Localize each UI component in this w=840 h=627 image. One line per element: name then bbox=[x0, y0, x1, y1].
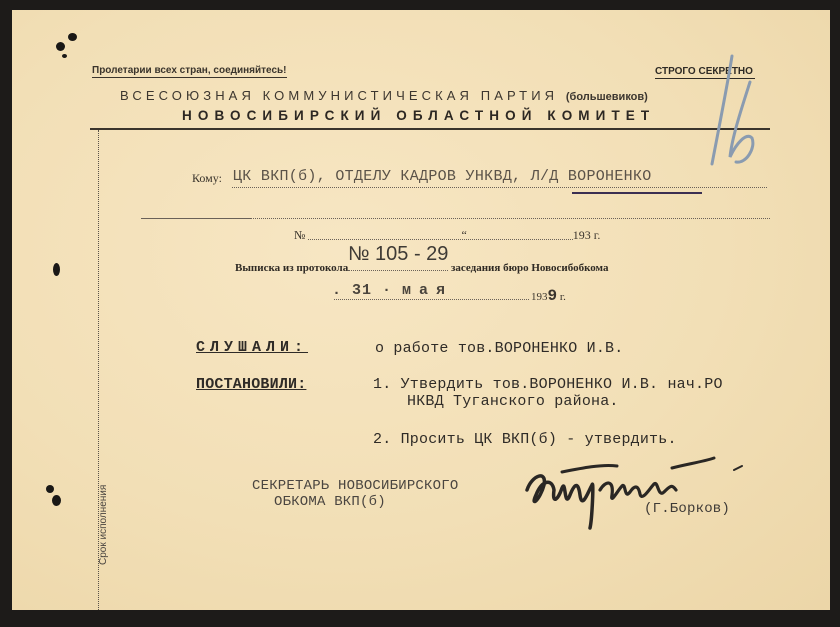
decision-item-2: 2. Просить ЦК ВКП(б) - утвердить. bbox=[373, 431, 677, 448]
punch-hole bbox=[52, 495, 61, 506]
header-rule bbox=[90, 128, 770, 130]
protocol-date: . 31 · мая bbox=[332, 282, 453, 299]
punch-hole bbox=[46, 485, 54, 493]
party-name-text: ВСЕСОЮЗНАЯ КОММУНИСТИЧЕСКАЯ ПАРТИЯ bbox=[120, 88, 558, 103]
year-suffix: г. bbox=[560, 291, 566, 303]
protocol-day: 31 bbox=[352, 282, 372, 299]
execution-deadline-label: Срок исполнения bbox=[98, 485, 109, 565]
heard-label: СЛУШАЛИ: bbox=[196, 339, 308, 356]
number-row-line bbox=[308, 239, 573, 240]
decision-item-1: 1. Утвердить тов.ВОРОНЕНКО И.В. нач.РО bbox=[373, 376, 723, 393]
address-line-2-solid bbox=[141, 218, 251, 219]
slogan: Пролетарии всех стран, соединяйтесь! bbox=[92, 65, 287, 78]
extract-prefix: Выписка из протокола bbox=[235, 262, 348, 274]
year-printed: 193 bbox=[531, 291, 548, 303]
punch-hole bbox=[53, 263, 60, 276]
signatory-position-1: СЕКРЕТАРЬ НОВОСИБИРСКОГО bbox=[252, 478, 458, 494]
addressee-underline bbox=[572, 192, 702, 194]
number-year: 193 г. bbox=[573, 228, 601, 242]
punch-hole bbox=[62, 54, 67, 58]
year-typed: 9 bbox=[548, 287, 558, 305]
handwritten-pencil-mark bbox=[702, 52, 762, 172]
heard-text: о работе тов.ВОРОНЕНКО И.В. bbox=[375, 340, 623, 357]
number-prefix: № bbox=[294, 228, 305, 242]
decision-item-1-cont: НКВД Туганского района. bbox=[407, 393, 619, 410]
punch-hole bbox=[56, 42, 65, 51]
protocol-month: мая bbox=[402, 282, 453, 299]
party-name: ВСЕСОЮЗНАЯ КОММУНИСТИЧЕСКАЯ ПАРТИЯ (боль… bbox=[120, 88, 648, 103]
party-suffix: (большевиков) bbox=[566, 91, 648, 103]
to-label: Кому: bbox=[192, 171, 222, 186]
punch-hole bbox=[68, 33, 77, 41]
extract-suffix: заседания бюро Новосибобкома bbox=[451, 262, 609, 274]
committee-name: НОВОСИБИРСКИЙ ОБЛАСТНОЙ КОМИТЕТ bbox=[182, 108, 655, 123]
addressee: ЦК ВКП(б), ОТДЕЛУ КАДРОВ УНКВД, Л/Д ВОРО… bbox=[233, 168, 652, 185]
protocol-year: 1939 г. bbox=[531, 287, 566, 305]
addressee-line bbox=[232, 187, 767, 188]
document-page: Пролетарии всех стран, соединяйтесь! СТР… bbox=[12, 10, 830, 610]
handwritten-signature bbox=[522, 450, 762, 530]
signatory-position-2: ОБКОМА ВКП(б) bbox=[274, 494, 386, 510]
number-row: № “ 193 г. bbox=[294, 228, 600, 243]
decided-label: ПОСТАНОВИЛИ: bbox=[196, 376, 306, 393]
date-line bbox=[334, 299, 529, 300]
extract-line: Выписка из протокола заседания бюро Ново… bbox=[235, 262, 608, 274]
